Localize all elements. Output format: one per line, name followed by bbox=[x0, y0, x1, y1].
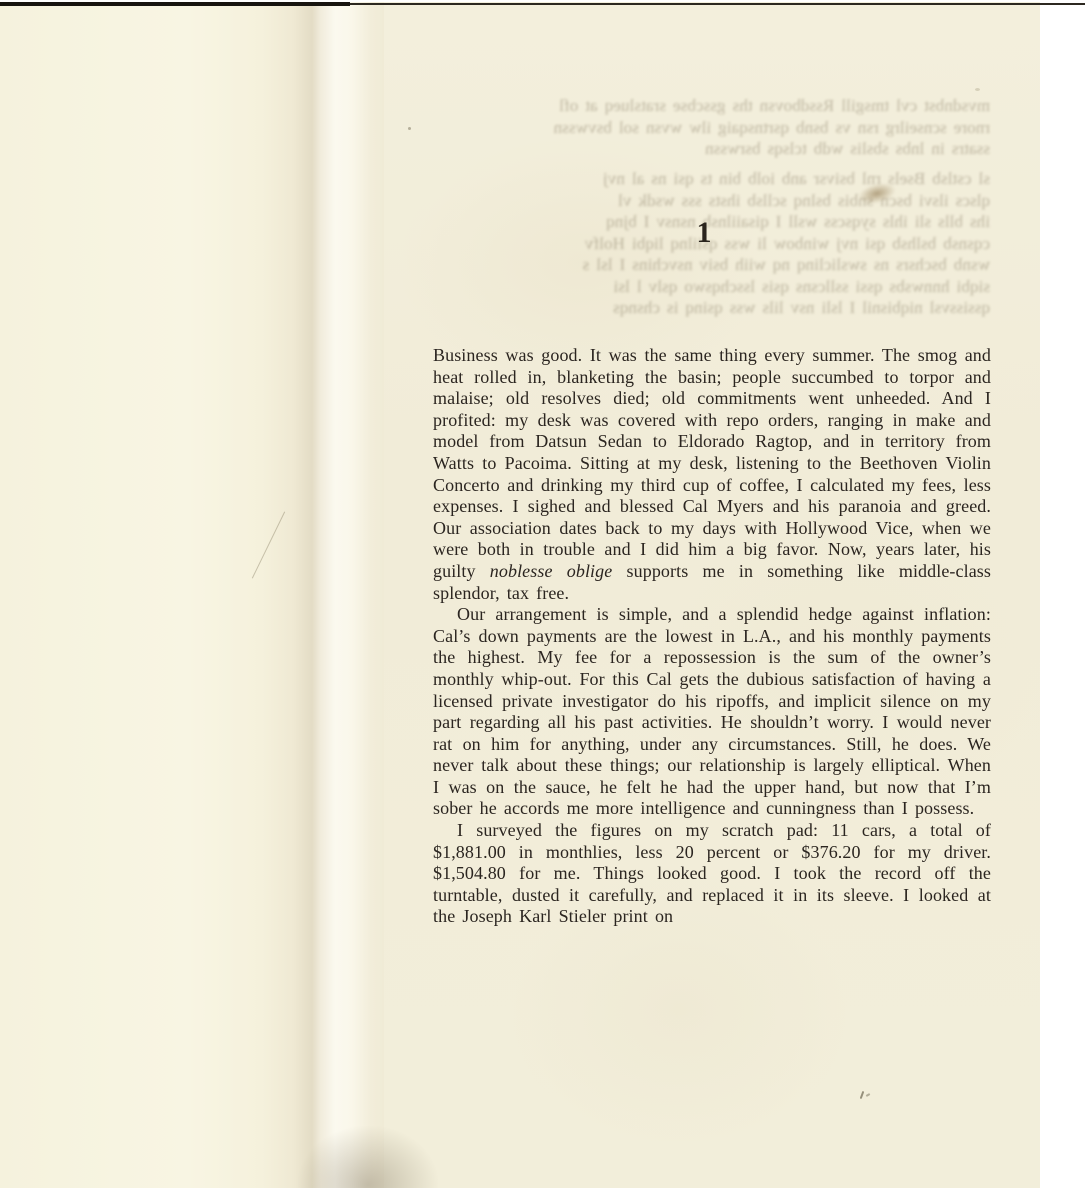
scan-edge-line bbox=[350, 3, 1085, 5]
paragraph-2: Our arrangement is simple, and a splendi… bbox=[433, 604, 991, 820]
scanner-background-right bbox=[1040, 0, 1085, 1200]
scanned-book-page: { "page": { "chapter_number": "1", "para… bbox=[0, 0, 1085, 1200]
scanner-background-bottom bbox=[0, 1188, 1085, 1200]
paragraph-1-text: Business was good. It was the same thing… bbox=[433, 345, 991, 581]
gutter-bottom-shadow bbox=[298, 1126, 438, 1188]
left-facing-page bbox=[0, 2, 312, 1188]
paper-speck bbox=[408, 127, 411, 130]
book-gutter-fold bbox=[312, 2, 384, 1188]
scan-edge-bar bbox=[0, 2, 350, 6]
paragraph-1: Business was good. It was the same thing… bbox=[433, 345, 991, 604]
paragraph-1-italic-phrase: noblesse oblige bbox=[490, 561, 613, 581]
ghost-show-through-block-a: mvsdnbst cvl tmsgill Rssdbovsn ths gsscb… bbox=[437, 95, 990, 160]
body-text-column: Business was good. It was the same thing… bbox=[433, 345, 991, 928]
paper-speck bbox=[975, 88, 980, 91]
chapter-number: 1 bbox=[426, 216, 983, 250]
paragraph-3: I surveyed the figures on my scratch pad… bbox=[433, 820, 991, 928]
